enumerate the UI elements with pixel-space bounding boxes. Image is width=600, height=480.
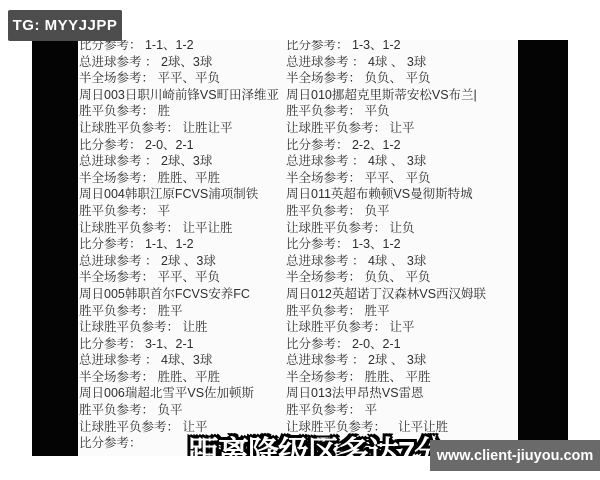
text-line: 总进球参考 ： 2球 、 3球 xyxy=(286,352,518,369)
letterbox-left xyxy=(32,40,78,456)
text-line: 半全场参考： 平平、平负 xyxy=(79,70,285,87)
text-line: 胜平负参考： 平负 xyxy=(286,103,518,120)
text-line: 胜平负参考： 负平 xyxy=(79,402,285,419)
text-line: 胜平负参考： 胜平 xyxy=(79,303,285,320)
stage: TG: MYYJJPP 比分参考： 1-1、1-2总进球参考 ： 2球、3球半全… xyxy=(0,0,600,480)
text-line: 让球胜平负参考： 让负 xyxy=(286,220,518,237)
text-line: 总进球参考 ： 2球、3球 xyxy=(79,153,285,170)
text-line: 周日006瑞超北雪平VS佐加顿斯 xyxy=(79,385,285,402)
text-line: 比分参考： 1-1、1-2 xyxy=(79,236,285,253)
text-line: 总进球参考 ： 4球 、 3球 xyxy=(286,253,518,270)
video-frame: 比分参考： 1-1、1-2总进球参考 ： 2球、3球半全场参考： 平平、平负周日… xyxy=(32,40,568,456)
text-line: 周日004韩职江原FCVS浦项制铁 xyxy=(79,186,285,203)
text-line: 周日011英超布赖顿VS曼彻斯特城 xyxy=(286,186,518,203)
text-line: 让球胜平负参考： 让平 xyxy=(286,120,518,137)
text-line: 胜平负参考： 胜 xyxy=(79,103,285,120)
left-column: 比分参考： 1-1、1-2总进球参考 ： 2球、3球半全场参考： 平平、平负周日… xyxy=(79,40,285,452)
text-line: 比分参考： 2-0、2-1 xyxy=(286,336,518,353)
text-line: 周日013法甲昂热VS雷恩 xyxy=(286,385,518,402)
text-line: 比分参考： 1-1、1-2 xyxy=(79,40,285,54)
text-line: 胜平负参考： 负平 xyxy=(286,203,518,220)
text-line: 比分参考： 2-2、1-2 xyxy=(286,137,518,154)
text-line: 半全场参考： 平平、平负 xyxy=(79,269,285,286)
text-line: 让球胜平负参考： 让胜让平 xyxy=(79,120,285,137)
text-line: 周日012英超诺丁汉森林VS西汉姆联 xyxy=(286,286,518,303)
text-line: 周日005韩职首尔FCVS安养FC xyxy=(79,286,285,303)
text-line: 周日010挪超克里斯蒂安松VS布兰| xyxy=(286,87,518,104)
text-line: 比分参考： 3-1、2-1 xyxy=(79,336,285,353)
text-line: 比分参考： 1-3、1-2 xyxy=(286,40,518,54)
text-line: 比分参考： 1-3、1-2 xyxy=(286,236,518,253)
text-line: 周日003日职川崎前锋VS町田泽维亚 xyxy=(79,87,285,104)
video-caption: 距离降级区多达7分 xyxy=(188,427,444,456)
text-line: 总进球参考 ： 2球 、3球 xyxy=(79,253,285,270)
text-line: 总进球参考 ： 4球 、 3球 xyxy=(286,54,518,71)
text-line: 让球胜平负参考： 让平 xyxy=(286,319,518,336)
text-line: 半全场参考： 平平、 平负 xyxy=(286,170,518,187)
letterbox-right xyxy=(518,40,568,456)
text-line: 半全场参考： 负负、 平负 xyxy=(286,269,518,286)
document-page: 比分参考： 1-1、1-2总进球参考 ： 2球、3球半全场参考： 平平、平负周日… xyxy=(78,40,518,456)
text-line: 总进球参考 ： 4球 、 3球 xyxy=(286,153,518,170)
text-line: 比分参考： 2-0、2-1 xyxy=(79,137,285,154)
watermark-bar: www.client-jiuyou.com xyxy=(430,440,600,471)
telegram-badge-label: TG: MYYJJPP xyxy=(13,17,118,34)
text-line: 让球胜平负参考： 让胜 xyxy=(79,319,285,336)
text-line: 胜平负参考： 胜平 xyxy=(286,303,518,320)
text-line: 半全场参考： 胜胜、 平胜 xyxy=(286,369,518,386)
text-line: 总进球参考 ： 2球、3球 xyxy=(79,54,285,71)
telegram-badge: TG: MYYJJPP xyxy=(8,10,122,41)
text-line: 总进球参考 ： 4球、3球 xyxy=(79,352,285,369)
text-line: 半全场参考： 胜胜、平胜 xyxy=(79,170,285,187)
right-column: 比分参考： 1-3、1-2总进球参考 ： 4球 、 3球半全场参考： 负负、 平… xyxy=(286,40,518,452)
watermark-url: www.client-jiuyou.com xyxy=(437,448,594,464)
screenshot-root: { "badge": { "label": "TG: MYYJJPP" }, "… xyxy=(0,0,600,480)
text-line: 胜平负参考： 平 xyxy=(79,203,285,220)
text-line: 让球胜平负参考： 让平让胜 xyxy=(79,220,285,237)
text-line: 半全场参考： 负负、 平负 xyxy=(286,70,518,87)
text-line: 半全场参考： 胜胜、平胜 xyxy=(79,369,285,386)
text-line: 胜平负参考： 平 xyxy=(286,402,518,419)
